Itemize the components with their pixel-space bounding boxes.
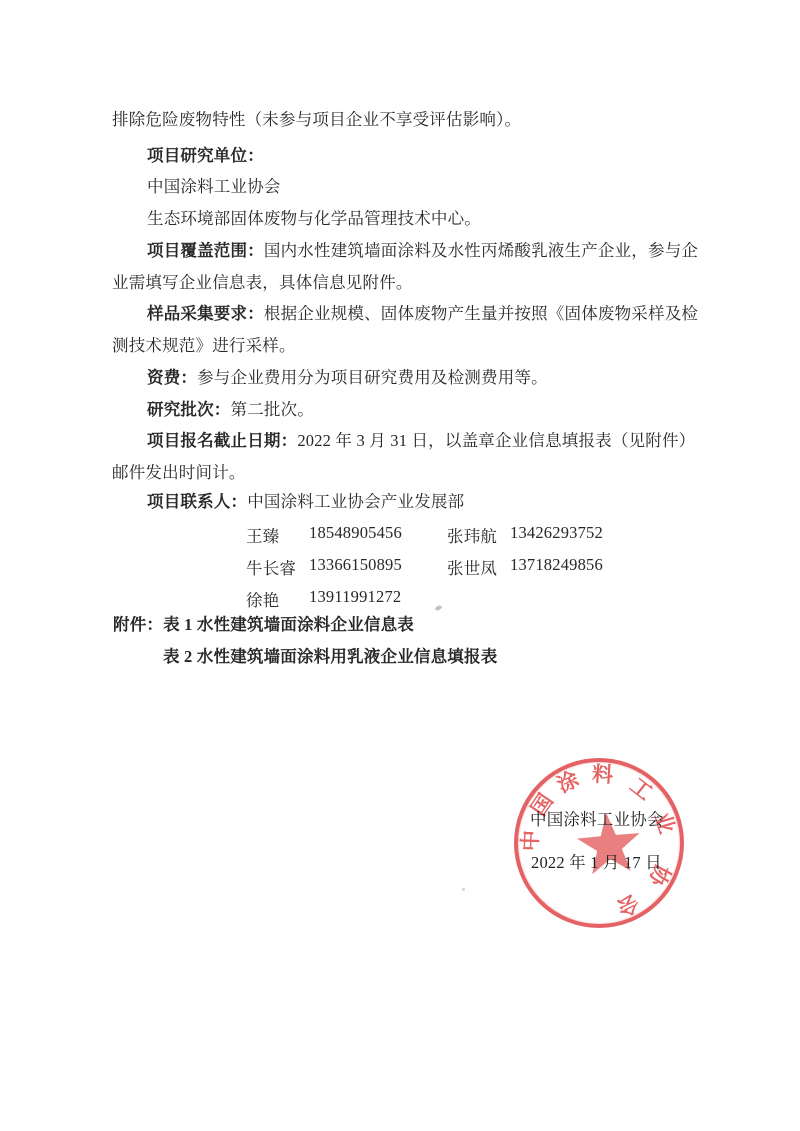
line-label: 资费： xyxy=(147,368,197,387)
contact-name: 王臻 xyxy=(246,523,279,547)
scan-artifact xyxy=(434,605,442,612)
contact-name: 张玮航 xyxy=(447,523,497,547)
paragraph-line: 项目覆盖范围：国内水性建筑墙面涂料及水性丙烯酸乳液生产企业，参与企 xyxy=(147,241,698,261)
scanned-document-page: { "doc": { "lines": [ {"bold": "", "text… xyxy=(0,0,800,1131)
line-label: 项目覆盖范围： xyxy=(147,241,264,260)
line-text: 排除危险废物特性（未参与项目企业不享受评估影响）。 xyxy=(112,110,521,129)
attachment-label: 附件： xyxy=(113,615,163,634)
contact-name: 张世凤 xyxy=(447,555,497,579)
paragraph-line: 项目研究单位： xyxy=(147,146,264,166)
contact-phone: 13426293752 xyxy=(510,523,603,543)
paragraph-line: 项目联系人：中国涂料工业协会产业发展部 xyxy=(147,492,464,512)
line-label: 项目联系人： xyxy=(147,492,247,511)
contact-name: 徐艳 xyxy=(246,587,279,611)
paragraph-line: 中国涂料工业协会 xyxy=(147,177,281,197)
contact-name: 牛长睿 xyxy=(246,555,296,579)
line-label: 研究批次： xyxy=(147,400,231,419)
line-text: 业需填写企业信息表，具体信息见附件。 xyxy=(112,273,413,292)
attachment-line: 附件：表 1 水性建筑墙面涂料企业信息表 xyxy=(113,615,414,635)
line-label: 项目报名截止日期： xyxy=(147,431,297,450)
line-text: 中国涂料工业协会产业发展部 xyxy=(247,492,464,511)
signature-org: 中国涂料工业协会 xyxy=(530,806,664,830)
line-text: 中国涂料工业协会 xyxy=(147,177,281,196)
paragraph-line: 邮件发出时间计。 xyxy=(112,463,246,483)
contact-phone: 13718249856 xyxy=(510,555,603,575)
attachment-text: 表 1 水性建筑墙面涂料企业信息表 xyxy=(163,615,414,634)
line-label: 样品采集要求： xyxy=(147,304,264,323)
scan-artifact xyxy=(462,888,465,891)
line-label: 项目研究单位： xyxy=(147,146,264,165)
attachment-text: 表 2 水性建筑墙面涂料用乳液企业信息填报表 xyxy=(163,647,497,666)
paragraph-line: 测技术规范》进行采样。 xyxy=(112,336,296,356)
line-text: 邮件发出时间计。 xyxy=(112,463,246,482)
official-seal: 中 国 涂 料 工 业 协 会 xyxy=(514,758,684,928)
line-text: 2022 年 3 月 31 日，以盖章企业信息填报表（见附件） xyxy=(297,431,695,450)
contact-phone: 18548905456 xyxy=(309,523,402,543)
line-text: 根据企业规模、固体废物产生量并按照《固体废物采样及检 xyxy=(264,304,698,323)
contact-phone: 13366150895 xyxy=(309,555,402,575)
paragraph-line: 样品采集要求：根据企业规模、固体废物产生量并按照《固体废物采样及检 xyxy=(147,304,698,324)
paragraph-line: 资费：参与企业费用分为项目研究费用及检测费用等。 xyxy=(147,368,548,388)
line-text: 国内水性建筑墙面涂料及水性丙烯酸乳液生产企业，参与企 xyxy=(264,241,698,260)
contact-phone: 13911991272 xyxy=(309,587,401,607)
seal-arc-char: 料 xyxy=(592,764,614,786)
paragraph-line: 研究批次：第二批次。 xyxy=(147,400,314,420)
paragraph-line: 项目报名截止日期：2022 年 3 月 31 日，以盖章企业信息填报表（见附件） xyxy=(147,431,695,451)
signature-date: 2022 年 1 月 17 日 xyxy=(531,849,662,873)
line-text: 生态环境部固体废物与化学品管理技术中心。 xyxy=(147,209,481,228)
paragraph-line: 业需填写企业信息表，具体信息见附件。 xyxy=(112,273,413,293)
paragraph-line: 排除危险废物特性（未参与项目企业不享受评估影响）。 xyxy=(112,110,521,130)
line-text: 第二批次。 xyxy=(231,400,315,419)
line-text: 测技术规范》进行采样。 xyxy=(112,336,296,355)
line-text: 参与企业费用分为项目研究费用及检测费用等。 xyxy=(197,368,548,387)
paragraph-line: 生态环境部固体废物与化学品管理技术中心。 xyxy=(147,209,481,229)
attachment-line: 表 2 水性建筑墙面涂料用乳液企业信息填报表 xyxy=(163,647,497,667)
